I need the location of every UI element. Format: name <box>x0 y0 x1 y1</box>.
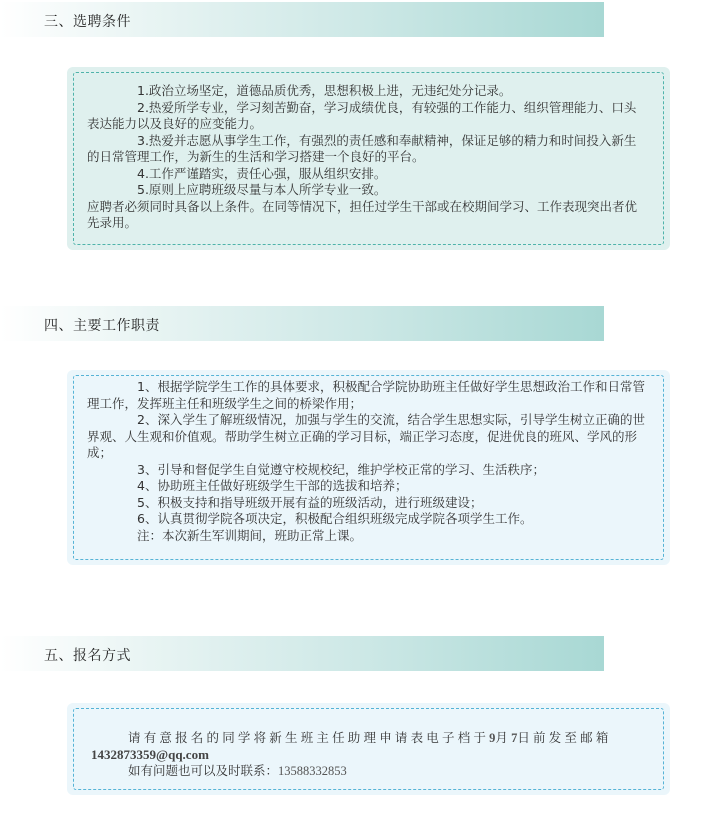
criteria-list: 1.政治立场坚定，道德品质优秀，思想积极上进，无违纪处分记录。 2.热爱所学专业… <box>87 83 648 232</box>
registration-text: 请有意报名的同学将新生班主任助理申请表电子档于9月7日前发至邮箱 1432873… <box>91 730 648 780</box>
registration-box: 请有意报名的同学将新生班主任助理申请表电子档于9月7日前发至邮箱 1432873… <box>67 703 670 795</box>
section-title: 三、选聘条件 <box>44 11 131 31</box>
duties-box: 1、根据学院学生工作的具体要求，积极配合学院协助班主任做好学生思想政治工作和日常… <box>67 370 670 565</box>
criteria-item: 3.热爱并志愿从事学生工作，有强烈的责任感和奉献精神，保证足够的精力和时间投入新… <box>87 133 648 166</box>
contact-phone: 13588332853 <box>278 764 347 778</box>
section-header-selection-criteria: 三、选聘条件 <box>0 2 604 37</box>
criteria-box: 1.政治立场坚定，道德品质优秀，思想积极上进，无违纪处分记录。 2.热爱所学专业… <box>67 67 670 250</box>
section-title: 四、主要工作职责 <box>44 315 160 335</box>
duty-note: 注：本次新生军训期间，班助正常上课。 <box>87 528 648 545</box>
criteria-item: 2.热爱所学专业，学习刻苦勤奋，学习成绩优良，有较强的工作能力、组织管理能力、口… <box>87 100 648 133</box>
duty-item: 5、积极支持和指导班级开展有益的班级活动，进行班级建设； <box>87 495 648 512</box>
criteria-item: 5.原则上应聘班级尽量与本人所学专业一致。 <box>87 182 648 199</box>
duty-item: 6、认真贯彻学院各项决定，积极配合组织班级完成学院各项学生工作。 <box>87 511 648 528</box>
criteria-item: 4.工作严谨踏实，责任心强，服从组织安排。 <box>87 166 648 183</box>
criteria-note: 应聘者必须同时具备以上条件。在同等情况下，担任过学生干部或在校期间学习、工作表现… <box>87 199 648 232</box>
section-title: 五、报名方式 <box>44 645 131 665</box>
duty-item: 1、根据学院学生工作的具体要求，积极配合学院协助班主任做好学生思想政治工作和日常… <box>87 379 648 412</box>
contact-line: 如有问题也可以及时联系：13588332853 <box>91 763 648 780</box>
duty-item: 4、协助班主任做好班级学生干部的选拔和培养； <box>87 478 648 495</box>
registration-instruction: 请有意报名的同学将新生班主任助理申请表电子档于9月7日前发至邮箱 <box>91 730 648 747</box>
criteria-item: 1.政治立场坚定，道德品质优秀，思想积极上进，无违纪处分记录。 <box>87 83 648 100</box>
duty-item: 2、深入学生了解班级情况，加强与学生的交流，结合学生思想实际，引导学生树立正确的… <box>87 412 648 462</box>
email-link[interactable]: 1432873359@qq.com <box>91 747 648 764</box>
duties-list: 1、根据学院学生工作的具体要求，积极配合学院协助班主任做好学生思想政治工作和日常… <box>87 379 648 544</box>
section-header-duties: 四、主要工作职责 <box>0 306 604 341</box>
duty-item: 3、引导和督促学生自觉遵守校规校纪，维护学校正常的学习、生活秩序； <box>87 462 648 479</box>
section-header-registration: 五、报名方式 <box>0 636 604 671</box>
